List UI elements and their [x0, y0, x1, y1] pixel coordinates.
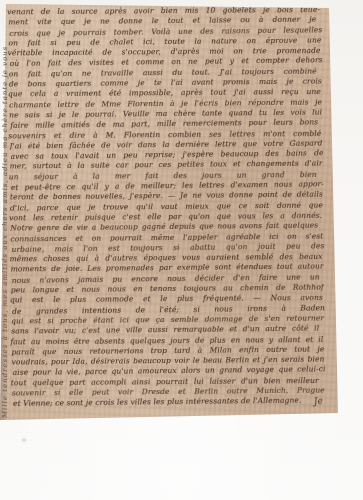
scanner-speck	[21, 438, 27, 442]
margin-cross-writing: Mille tendresses à tous, mes amitiés aux…	[0, 2, 12, 418]
